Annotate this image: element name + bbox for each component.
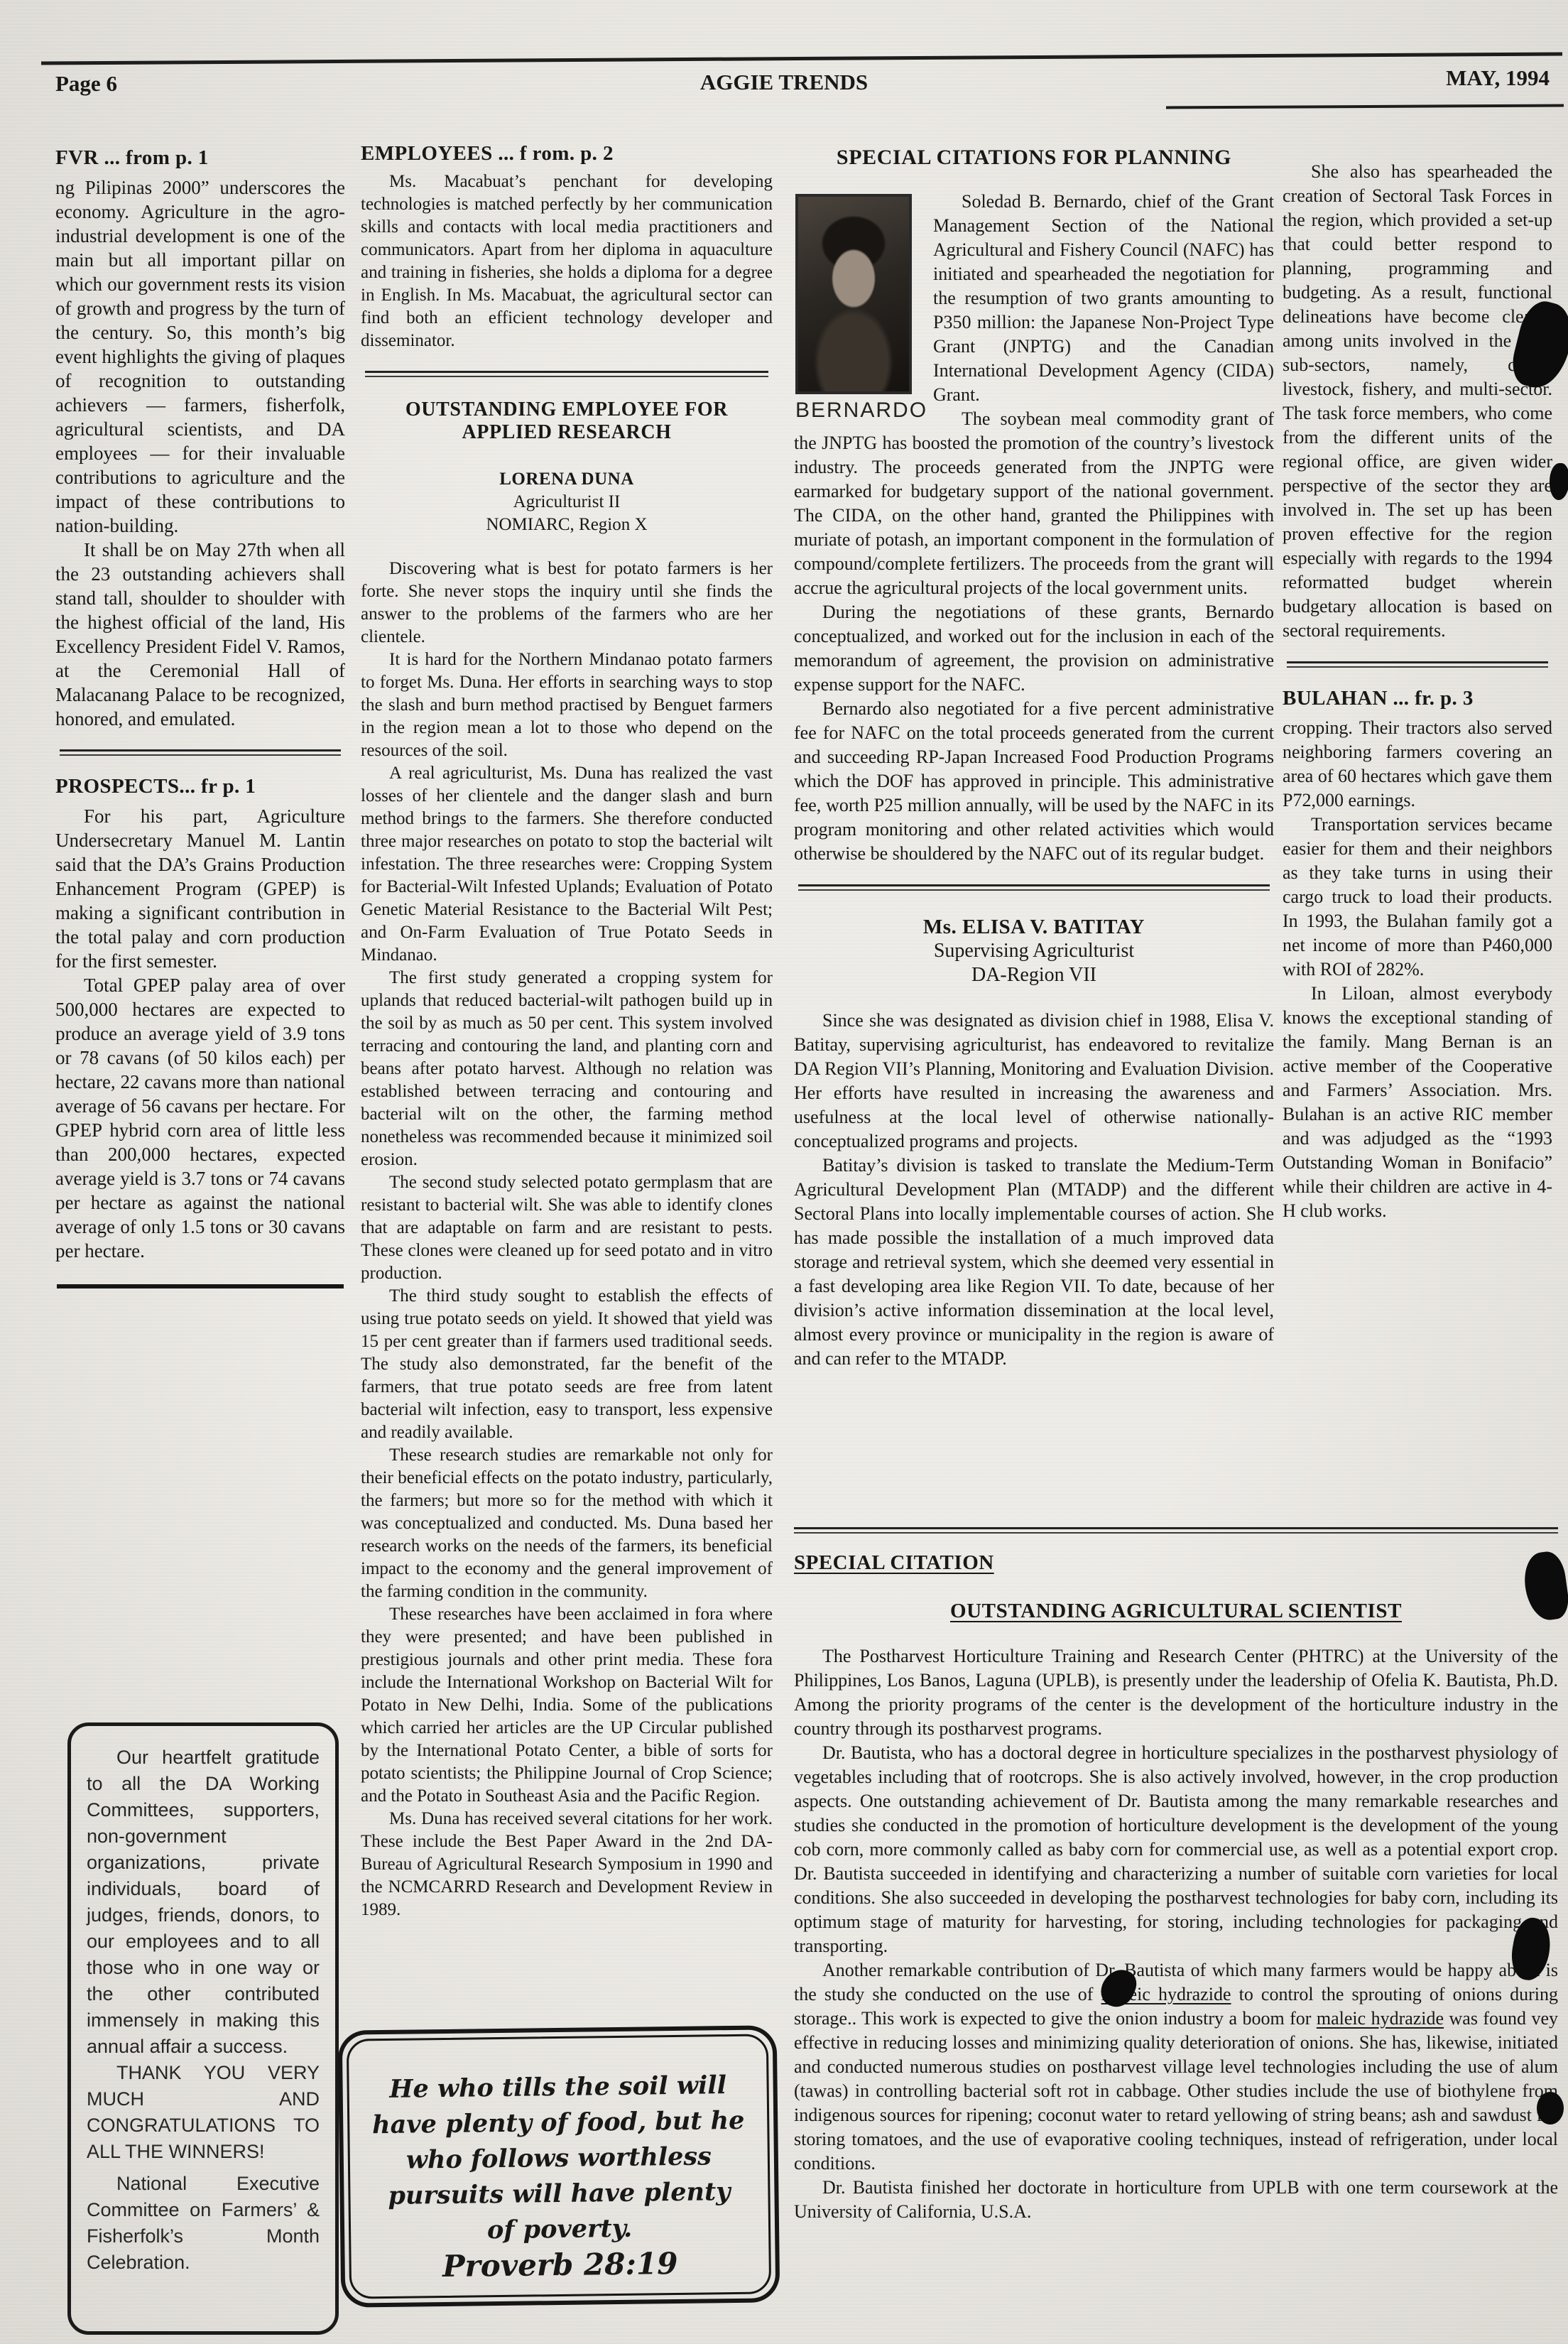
- outstanding-scientist-heading: OUTSTANDING AGRICULTURAL SCIENTIST: [794, 1599, 1558, 1623]
- bernardo-paragraph-2: The soybean meal commodity grant of the …: [794, 407, 1274, 600]
- duna-paragraph-4: The first study generated a cropping sys…: [361, 967, 773, 1171]
- ink-blob: [1550, 463, 1568, 500]
- employees-heading: EMPLOYEES ... f rom. p. 2: [361, 142, 773, 165]
- batitay-title: Supervising Agriculturist: [794, 939, 1274, 963]
- section-divider: [794, 1527, 1558, 1534]
- bernardo-photo-block: BERNARDO: [795, 194, 918, 423]
- issue-date: MAY, 1994: [1446, 65, 1550, 91]
- section-divider: [798, 884, 1270, 891]
- batitay-paragraph-1: Since she was designated as division chi…: [794, 1009, 1274, 1154]
- section-divider: [60, 749, 341, 756]
- section-divider: [1287, 661, 1548, 668]
- gratitude-paragraph: Our heartfelt gratitude to all the DA Wo…: [87, 1745, 320, 2060]
- header-top-rule: [41, 52, 1562, 65]
- employees-paragraph: Ms. Macabuat’s penchant for developing t…: [361, 170, 773, 352]
- bautista-paragraph-2: Dr. Bautista, who has a doctoral degree …: [794, 1741, 1558, 1958]
- bulahan-paragraph-2: Transportation services became easier fo…: [1283, 813, 1552, 982]
- thank-you-line: THANK YOU VERY MUCH AND CONGRATULATIONS …: [87, 2060, 320, 2165]
- bernardo-paragraph-4: Bernardo also negotiated for a five perc…: [794, 697, 1274, 866]
- bottom-wide-section: SPECIAL CITATION OUTSTANDING AGRICULTURA…: [794, 1527, 1558, 2224]
- gratitude-box: Our heartfelt gratitude to all the DA Wo…: [67, 1722, 339, 2335]
- column-1: FVR ... from p. 1 ng Pilipinas 2000” und…: [55, 146, 345, 1288]
- awardee-station: NOMIARC, Region X: [361, 514, 773, 536]
- photo-caption: BERNARDO: [795, 398, 918, 423]
- duna-paragraph-3: A real agriculturist, Ms. Duna has reali…: [361, 762, 773, 967]
- prospects-heading: PROSPECTS... fr p. 1: [55, 774, 345, 798]
- proverb-box: He who tills the soil will have plenty o…: [338, 2025, 780, 2308]
- duna-paragraph-8: These researches have been acclaimed in …: [361, 1603, 773, 1808]
- duna-paragraph-9: Ms. Duna has received several citations …: [361, 1808, 773, 1921]
- maleic-hydrazide-underline: maleic hydrazide: [1317, 2008, 1444, 2029]
- special-citations-heading: SPECIAL CITATIONS FOR PLANNING: [794, 146, 1274, 170]
- column-3: SPECIAL CITATIONS FOR PLANNING BERNARDO …: [794, 146, 1274, 1371]
- header-right-rule: [1166, 104, 1564, 109]
- bernardo-portrait-photo: [795, 194, 912, 394]
- prospects-paragraph-2: Total GPEP palay area of over 500,000 he…: [55, 973, 345, 1263]
- section-divider: [57, 1284, 344, 1288]
- batitay-name: Ms. ELISA V. BATITAY: [794, 915, 1274, 939]
- bautista-paragraph-1: The Postharvest Horticulture Training an…: [794, 1644, 1558, 1741]
- outstanding-employee-heading: OUTSTANDING EMPLOYEE FOR APPLIED RESEARC…: [382, 398, 751, 444]
- duna-paragraph-1: Discovering what is best for potato farm…: [361, 558, 773, 649]
- masthead-title: AGGIE TRENDS: [0, 70, 1568, 95]
- duna-paragraph-2: It is hard for the Northern Mindanao pot…: [361, 649, 773, 762]
- bautista-paragraph-3: Another remarkable contribution of Dr. B…: [794, 1958, 1558, 2176]
- proverb-text: He who tills the soil will have plenty o…: [370, 2068, 747, 2250]
- batitay-paragraph-2: Batitay’s division is tasked to translat…: [794, 1154, 1274, 1371]
- fvr-paragraph-2: It shall be on May 27th when all the 23 …: [55, 538, 345, 731]
- awardee-title: Agriculturist II: [361, 491, 773, 514]
- committee-signature: National Executive Committee on Farmers’…: [87, 2171, 320, 2276]
- special-citation-heading: SPECIAL CITATION: [794, 1551, 1558, 1575]
- batitay-region: DA-Region VII: [794, 963, 1274, 987]
- section-divider: [365, 371, 768, 377]
- bautista-paragraph-4: Dr. Bautista finished her doctorate in h…: [794, 2176, 1558, 2224]
- proverb-reference: Proverb 28:19: [442, 2246, 678, 2284]
- bulahan-paragraph-1: cropping. Their tractors also served nei…: [1283, 716, 1552, 813]
- duna-paragraph-5: The second study selected potato germpla…: [361, 1171, 773, 1285]
- duna-paragraph-6: The third study sought to establish the …: [361, 1285, 773, 1444]
- ink-blob: [1537, 2092, 1564, 2125]
- bernardo-paragraph-3: During the negotiations of these grants,…: [794, 600, 1274, 697]
- duna-paragraph-7: These research studies are remarkable no…: [361, 1444, 773, 1603]
- column-2: EMPLOYEES ... f rom. p. 2 Ms. Macabuat’s…: [361, 142, 773, 1921]
- fvr-paragraph-1: ng Pilipinas 2000” underscores the econo…: [55, 175, 345, 538]
- prospects-paragraph-1: For his part, Agriculture Undersecretary…: [55, 804, 345, 973]
- column-4: She also has spearheaded the creation of…: [1283, 160, 1552, 1223]
- bulahan-paragraph-3: In Liloan, almost everybody knows the ex…: [1283, 982, 1552, 1223]
- awardee-name: LORENA DUNA: [361, 468, 773, 491]
- taskforce-paragraph: She also has spearheaded the creation of…: [1283, 160, 1552, 643]
- fvr-heading: FVR ... from p. 1: [55, 146, 345, 170]
- bulahan-heading: BULAHAN ... fr. p. 3: [1283, 686, 1552, 710]
